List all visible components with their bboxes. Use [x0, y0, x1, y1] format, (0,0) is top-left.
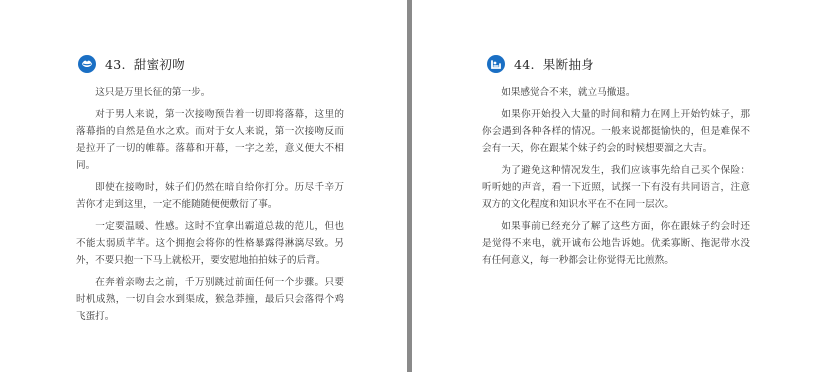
section-number: 44. [514, 57, 535, 72]
paragraph: 在奔着亲吻去之前，千万别跳过前面任何一个步骤。只要时机成熟，一切自会水到渠成，猴… [76, 274, 344, 325]
section-heading-44: 44.果断抽身 [487, 55, 594, 73]
section-title: 44.果断抽身 [514, 55, 594, 73]
section-body: 这只是万里长征的第一步。 对于男人来说，第一次接吻预告着一切即将落幕，这里的落幕… [76, 84, 344, 330]
paragraph: 如果事前已经充分了解了这些方面，你在跟妹子约会时还是觉得不来电，就开诚布公地告诉… [482, 218, 750, 269]
section-title: 43.甜蜜初吻 [105, 55, 185, 73]
person-exit-icon [487, 55, 505, 73]
section-heading-43: 43.甜蜜初吻 [78, 55, 185, 73]
lips-icon [78, 55, 96, 73]
paragraph: 如果你开始投入大量的时间和精力在网上开始钓妹子，那你会遇到各种各样的情况。一般来… [482, 106, 750, 157]
section-title-text: 果断抽身 [543, 57, 594, 72]
right-page: 44.果断抽身 如果感觉合不来，就立马撤退。 如果你开始投入大量的时间和精力在网… [412, 0, 819, 372]
section-number: 43. [105, 57, 126, 72]
paragraph: 一定要温暖、性感。这时不宜拿出霸道总裁的范儿，但也不能太弱质芊芊。这个拥抱会将你… [76, 218, 344, 269]
paragraph: 对于男人来说，第一次接吻预告着一切即将落幕，这里的落幕指的自然是鱼水之欢。而对于… [76, 106, 344, 174]
paragraph: 为了避免这种情况发生，我们应该事先给自己买个保险：听听她的声音，看一下近照，试探… [482, 162, 750, 213]
left-page: 43.甜蜜初吻 这只是万里长征的第一步。 对于男人来说，第一次接吻预告着一切即将… [0, 0, 407, 372]
section-title-text: 甜蜜初吻 [134, 57, 185, 72]
paragraph: 即使在接吻时，妹子们仍然在暗自给你打分。历尽千辛万苦你才走到这里，一定不能随随便… [76, 179, 344, 213]
paragraph: 如果感觉合不来，就立马撤退。 [482, 84, 750, 101]
paragraph: 这只是万里长征的第一步。 [76, 84, 344, 101]
section-body: 如果感觉合不来，就立马撤退。 如果你开始投入大量的时间和精力在网上开始钓妹子，那… [482, 84, 750, 274]
